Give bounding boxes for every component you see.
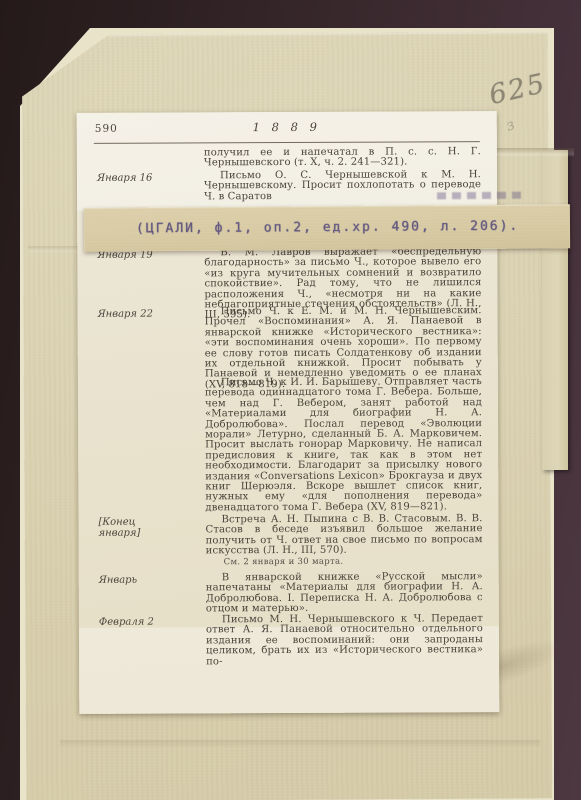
cross-reference-note: См. 2 января и 30 марта.	[224, 557, 344, 568]
page-header: 590 1 8 8 9	[77, 119, 497, 137]
year-heading: 1 8 8 9	[77, 119, 497, 135]
printed-clipping: 590 1 8 8 9 получил ее и напечатал в П. …	[77, 111, 500, 714]
chronicle-entry: Января 16 Письмо О. С. Чернышевской к М.…	[77, 170, 497, 203]
entry-date: Января 16	[97, 173, 157, 184]
entry-text: Письмо М. Н. Чернышевского к Ч. Передает…	[206, 614, 483, 667]
chronicle-entry: получил ее и напечатал в П. с. с. Н. Г. …	[77, 147, 497, 170]
entry-text: Письмо Ч. к И. И. Барышеву. Отправляет ч…	[205, 377, 483, 513]
header-rule	[94, 141, 480, 144]
chronicle-entry: Письмо Ч. к И. И. Барышеву. Отправляет ч…	[78, 377, 499, 514]
scanned-archive-page: 625 з 590 1 8 8 9 получил ее и напечатал…	[0, 0, 581, 800]
archival-reference-strip: (ЦГАЛИ, ф.1, оп.2, ед.хр. 490, л. 206).	[84, 204, 570, 251]
faded-typewriter-marks	[437, 192, 525, 200]
entry-date: Февраля 2	[99, 617, 159, 628]
entry-text: В январской книжке «Русской мысли» напеч…	[206, 572, 483, 615]
album-sheet-edge	[542, 150, 568, 470]
entry-date: [Конец января]	[98, 517, 158, 539]
chronicle-entry: [Конец января] Встреча А. Н. Пыпина с В.…	[78, 514, 498, 557]
entry-date: Январь	[99, 575, 159, 586]
chronicle-entry: Январь В январской книжке «Русской мысли…	[79, 572, 499, 615]
entry-text: получил ее и напечатал в П. с. с. Н. Г. …	[204, 147, 481, 169]
entry-date: Января 22	[98, 309, 158, 320]
archival-reference-text: (ЦГАЛИ, ф.1, оп.2, ед.хр. 490, л. 206).	[84, 204, 570, 251]
entry-text: Встреча А. Н. Пыпина с В. В. Стасовым. В…	[205, 514, 482, 557]
chronicle-entry: Февраля 2 Письмо М. Н. Чернышевского к Ч…	[79, 614, 499, 668]
